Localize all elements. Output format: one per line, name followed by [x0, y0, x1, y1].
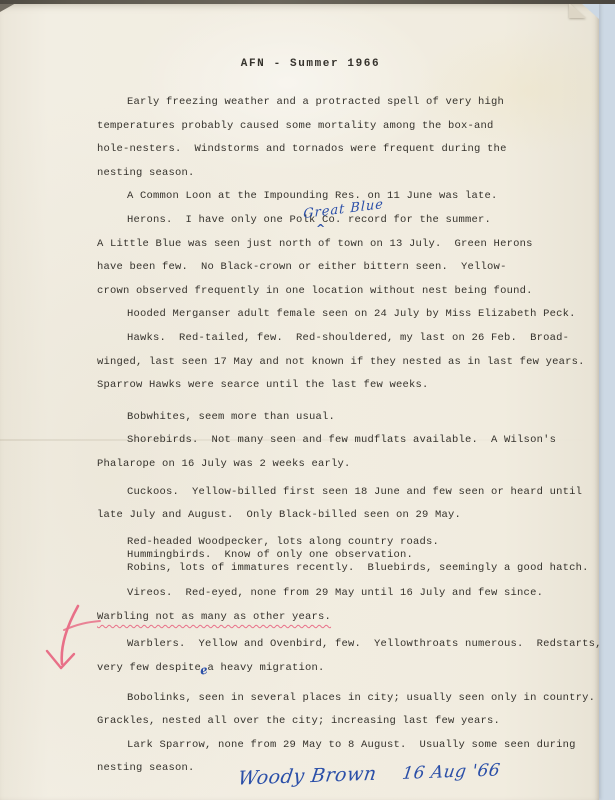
typed-line: winged, last seen 17 May and not known i…: [97, 351, 587, 375]
scan-top-edge: [0, 0, 615, 4]
typed-line: Vireos. Red-eyed, none from 29 May until…: [97, 582, 587, 606]
typed-line: Red-headed Woodpecker, lots along countr…: [97, 536, 587, 549]
typed-line: Hummingbirds. Know of only one observati…: [97, 549, 587, 562]
typed-line: Bobolinks, seen in several places in cit…: [97, 687, 587, 711]
typed-line: Phalarope on 16 July was 2 weeks early.: [97, 453, 587, 477]
typed-line: Early freezing weather and a protracted …: [97, 91, 587, 115]
typed-line: Cuckoos. Yellow-billed first seen 18 Jun…: [97, 481, 587, 505]
typed-line: nesting season.: [97, 162, 587, 186]
typed-line: have been few. No Black-crown or either …: [97, 256, 587, 280]
typed-line: Shorebirds. Not many seen and few mudfla…: [97, 429, 587, 453]
insertion-caret-mark: ^: [316, 222, 325, 235]
signature-date: 16 Aug '66: [401, 760, 502, 784]
typed-line: Sparrow Hawks were searce until the last…: [97, 374, 587, 398]
letter-page: AFN - Summer 1966 Early freezing weather…: [0, 3, 599, 800]
signature-name: Woody Brown: [237, 763, 379, 790]
typed-lines: Early freezing weather and a protracted …: [97, 91, 587, 781]
typed-line: crown observed frequently in one locatio…: [97, 280, 587, 304]
typed-line: temperatures probably caused some mortal…: [97, 115, 587, 139]
typed-line: very few despite a heavy migration.: [97, 657, 587, 681]
dogear-fold: [569, 3, 586, 18]
typed-line: late July and August. Only Black-billed …: [97, 504, 587, 528]
typed-line: A Little Blue was seen just north of tow…: [97, 233, 587, 257]
typed-line: Robins, lots of immatures recently. Blue…: [97, 562, 587, 575]
typed-line: Hooded Merganser adult female seen on 24…: [97, 303, 587, 327]
typed-line: Warblers. Yellow and Ovenbird, few. Yell…: [97, 633, 587, 657]
red-pencil-arrow: [26, 600, 110, 680]
typed-line: Grackles, nested all over the city; incr…: [97, 710, 587, 734]
typed-line: Lark Sparrow, none from 29 May to 8 Augu…: [97, 734, 587, 758]
typed-line: Bobwhites, seem more than usual.: [97, 406, 587, 430]
typed-line: Hawks. Red-tailed, few. Red-shouldered, …: [97, 327, 587, 351]
typed-line: hole-nesters. Windstorms and tornados we…: [97, 138, 587, 162]
torn-corner-left: [0, 3, 16, 12]
typed-line: Warbling not as many as other years.: [97, 606, 587, 630]
document-title: AFN - Summer 1966: [11, 57, 610, 71]
